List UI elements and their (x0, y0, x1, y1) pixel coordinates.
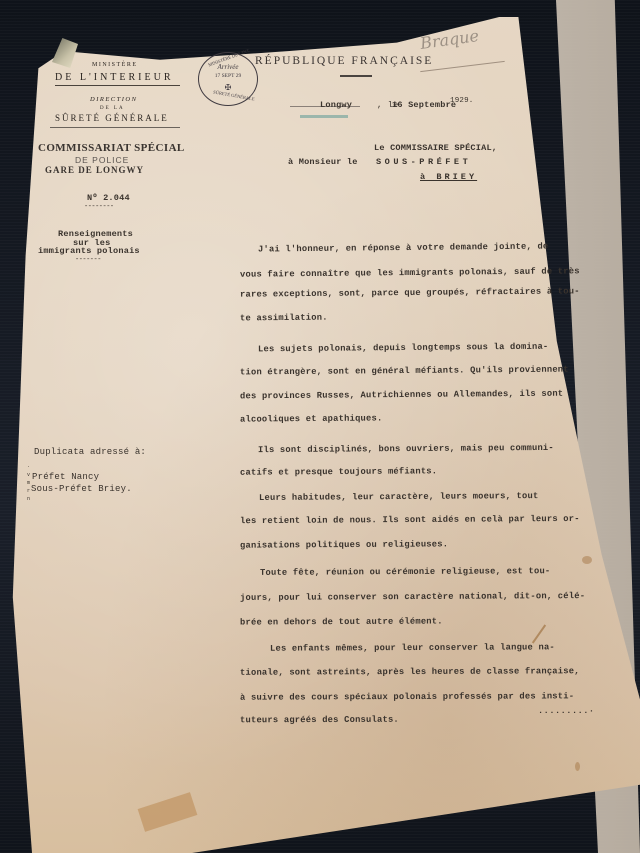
body-line: catifs et presque toujours méfiants. (240, 466, 437, 477)
divider (50, 127, 180, 128)
divider (340, 75, 372, 77)
surete-label: SÛRETÉ GÉNÉRALE (55, 113, 169, 123)
sender: Le COMMISSAIRE SPÉCIAL, (374, 143, 497, 153)
recipient-place: à BRIEY (420, 172, 477, 182)
dateline-date: 16 Septembre (392, 100, 456, 110)
body-line: tion étrangère, sont en général méfiants… (240, 365, 569, 378)
body-line: tuteurs agréés des Consulats. (240, 715, 399, 726)
ministry-name: DE L'INTERIEUR (55, 72, 174, 83)
duplicata-recipient: Préfet Nancy (32, 472, 99, 482)
de-la-label: DE LA (100, 106, 125, 111)
republique-heading: RÉPUBLIQUE FRANÇAISE (255, 55, 433, 67)
body-line: te assimilation. (240, 313, 328, 324)
duplicata-title: Duplicata adressé à: (34, 447, 146, 457)
body-line: rares exceptions, sont, parce que groupé… (240, 286, 580, 299)
subject-underline: ------- (75, 256, 101, 264)
reference-underline: -------- (84, 203, 114, 211)
body-line: J'ai l'honneur, en réponse à votre deman… (258, 241, 548, 254)
document-content: MINISTÈRE DE L'INTERIEUR DIRECTION DE LA… (0, 0, 640, 853)
body-line: des provinces Russes, Autrichiennes ou A… (240, 389, 563, 402)
divider (55, 85, 180, 86)
dateline-year: 1929. (450, 97, 474, 105)
direction-label: DIRECTION (90, 96, 137, 103)
body-line: alcooliques et apathiques. (240, 413, 383, 424)
body-line: Ils sont disciplinés, bons ouvriers, mai… (258, 443, 554, 455)
stamp-emblem-icon: ✠ (199, 83, 257, 92)
body-line: Les enfants mêmes, pour leur conserver l… (270, 642, 555, 653)
body-line: à suivre des cours spéciaux polonais pro… (240, 691, 574, 702)
stamp-date: 17 SEPT 29 (199, 73, 257, 79)
body-line: jours, pour lui conserver son caractère … (240, 591, 585, 603)
body-line: Les sujets polonais, depuis longtemps so… (258, 342, 548, 355)
body-line: tionale, sont astreints, après les heure… (240, 666, 580, 678)
body-line: les retient loin de nous. Ils sont aidés… (240, 514, 580, 526)
body-line: brée en dehors de tout autre élément. (240, 616, 443, 627)
commissariat-stamp: COMMISSARIAT SPÉCIAL (38, 142, 185, 154)
police-stamp: DE POLICE (75, 155, 129, 165)
gare-stamp: GARE DE LONGWY (45, 165, 144, 175)
ministry-label: MINISTÈRE (92, 62, 138, 68)
stamp-label: Arrivée (199, 63, 257, 71)
body-line: Leurs habitudes, leur caractère, leurs m… (259, 491, 539, 503)
subject-line: immigrants polonais (38, 246, 140, 256)
recipient-title: SOUS-PRÉFET (376, 157, 471, 167)
body-line: Toute fête, réunion ou cérémonie religie… (260, 566, 550, 578)
body-line: vous faire connaître que les immigrants … (240, 266, 580, 279)
closing-dots: .........· (538, 706, 595, 716)
handwritten-signature: Braque (419, 26, 480, 53)
duplicata-recipient: Sous-Préfet Briey. (31, 484, 132, 494)
highlight-mark (300, 115, 348, 118)
body-line: ganisations politiques ou religieuses. (240, 539, 448, 550)
pen-strike (532, 624, 546, 643)
margin-marks: · v m r n (27, 463, 30, 503)
arrival-stamp: MINISTÈRE DE L'INT. Arrivée 17 SEPT 29 ✠… (198, 52, 258, 106)
reference-number: Nº 2.044 (87, 193, 130, 203)
recipient-label: à Monsieur le (288, 157, 358, 167)
dateline-place: Longwy (320, 100, 352, 110)
